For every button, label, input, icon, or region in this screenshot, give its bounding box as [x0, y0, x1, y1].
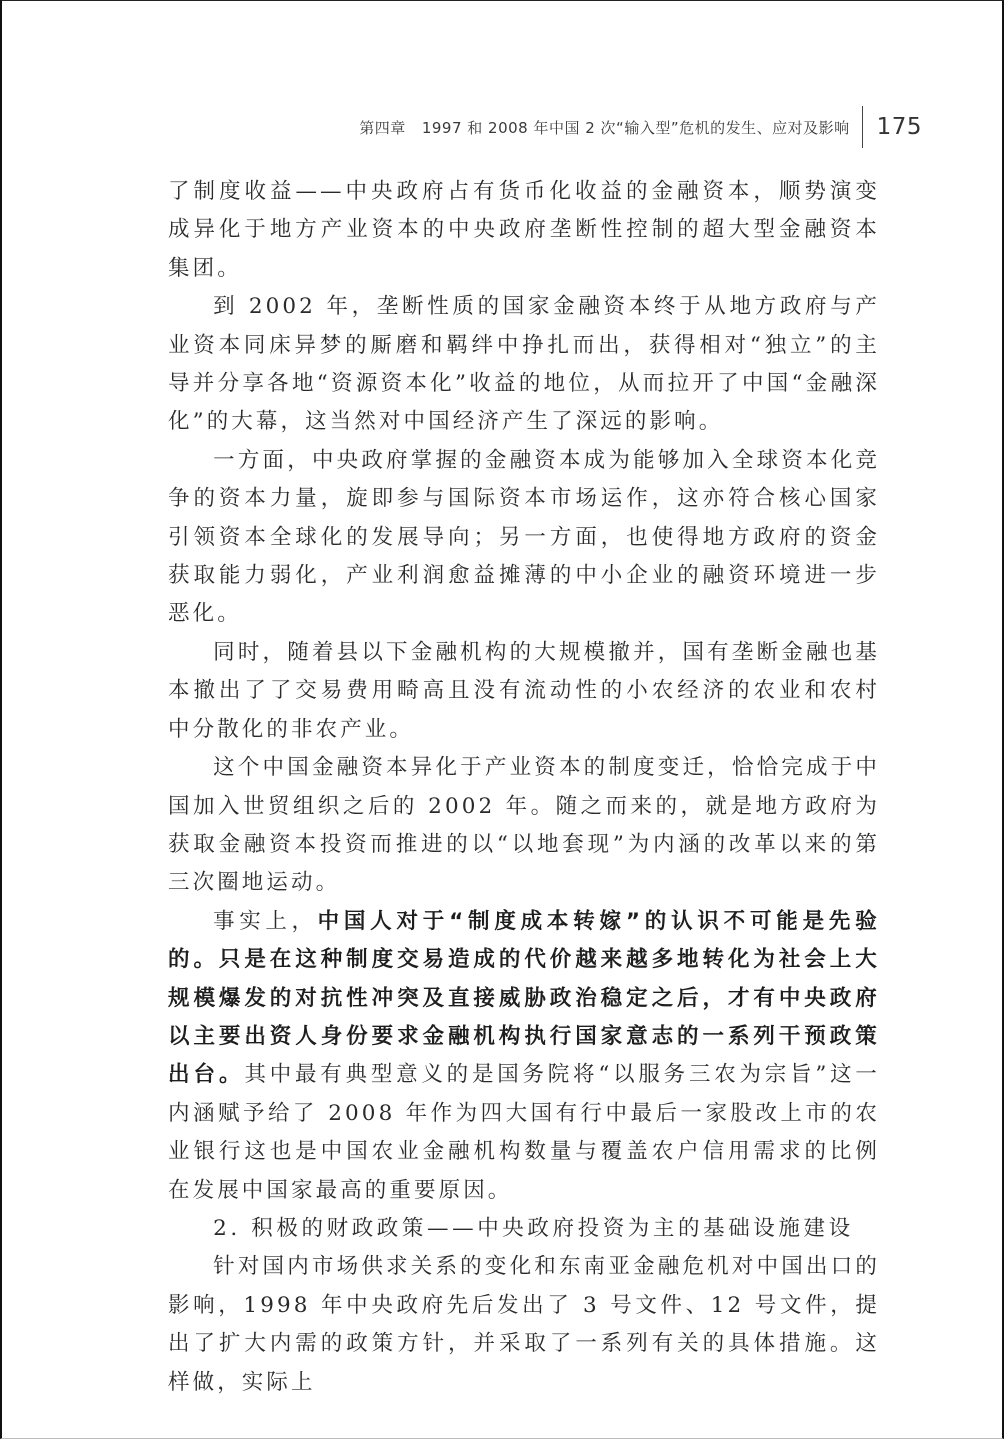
paragraph-tail: 其中最有典型意义的是国务院将“以服务三农为宗旨”这一内涵赋予给了 2008 年作… — [168, 1062, 880, 1202]
chapter-heading: 第四章1997 和 2008 年中国 2 次“输入型”危机的发生、应对及影响 — [359, 117, 849, 138]
paragraph-financial-capital-2002: 到 2002 年，垄断性质的国家金融资本终于从地方政府与产业资本同床异梦的厮磨和… — [168, 288, 880, 442]
running-header: 第四章1997 和 2008 年中国 2 次“输入型”危机的发生、应对及影响 1… — [302, 105, 922, 149]
header-divider — [862, 106, 863, 148]
emphasized-text: 中国人对于“制度成本转嫁”的认识不可能是先验的。只是在这种制度交易造成的代价越来… — [168, 909, 880, 1088]
chapter-label: 第四章 — [359, 119, 406, 137]
paragraph-cost-transfer: 事实上，中国人对于“制度成本转嫁”的认识不可能是先验的。只是在这种制度交易造成的… — [168, 903, 880, 1210]
paragraph-lead: 事实上， — [213, 909, 317, 934]
page-number: 175 — [877, 114, 922, 140]
paragraph-county-institutions: 同时，随着县以下金融机构的大规模撤并，国有垄断金融也基本撤出了了交易费用畸高且没… — [168, 634, 880, 749]
paragraph-on-one-hand: 一方面，中央政府掌握的金融资本成为能够加入全球资本化竞争的资本力量，旋即参与国际… — [168, 442, 880, 634]
page-body: 了制度收益——中央政府占有货币化收益的金融资本，顺势演变成异化于地方产业资本的中… — [168, 173, 880, 1402]
paragraph-domestic-demand: 针对国内市场供求关系的变化和东南亚金融危机对中国出口的影响，1998 年中央政府… — [168, 1248, 880, 1402]
paragraph-continuation: 了制度收益——中央政府占有货币化收益的金融资本，顺势演变成异化于地方产业资本的中… — [168, 173, 880, 288]
section-heading-fiscal-policy: 2. 积极的财政政策——中央政府投资为主的基础设施建设 — [168, 1210, 880, 1248]
paragraph-institutional-change: 这个中国金融资本异化于产业资本的制度变迁，恰恰完成于中国加入世贸组织之后的 20… — [168, 749, 880, 903]
chapter-title: 1997 和 2008 年中国 2 次“输入型”危机的发生、应对及影响 — [422, 119, 850, 137]
